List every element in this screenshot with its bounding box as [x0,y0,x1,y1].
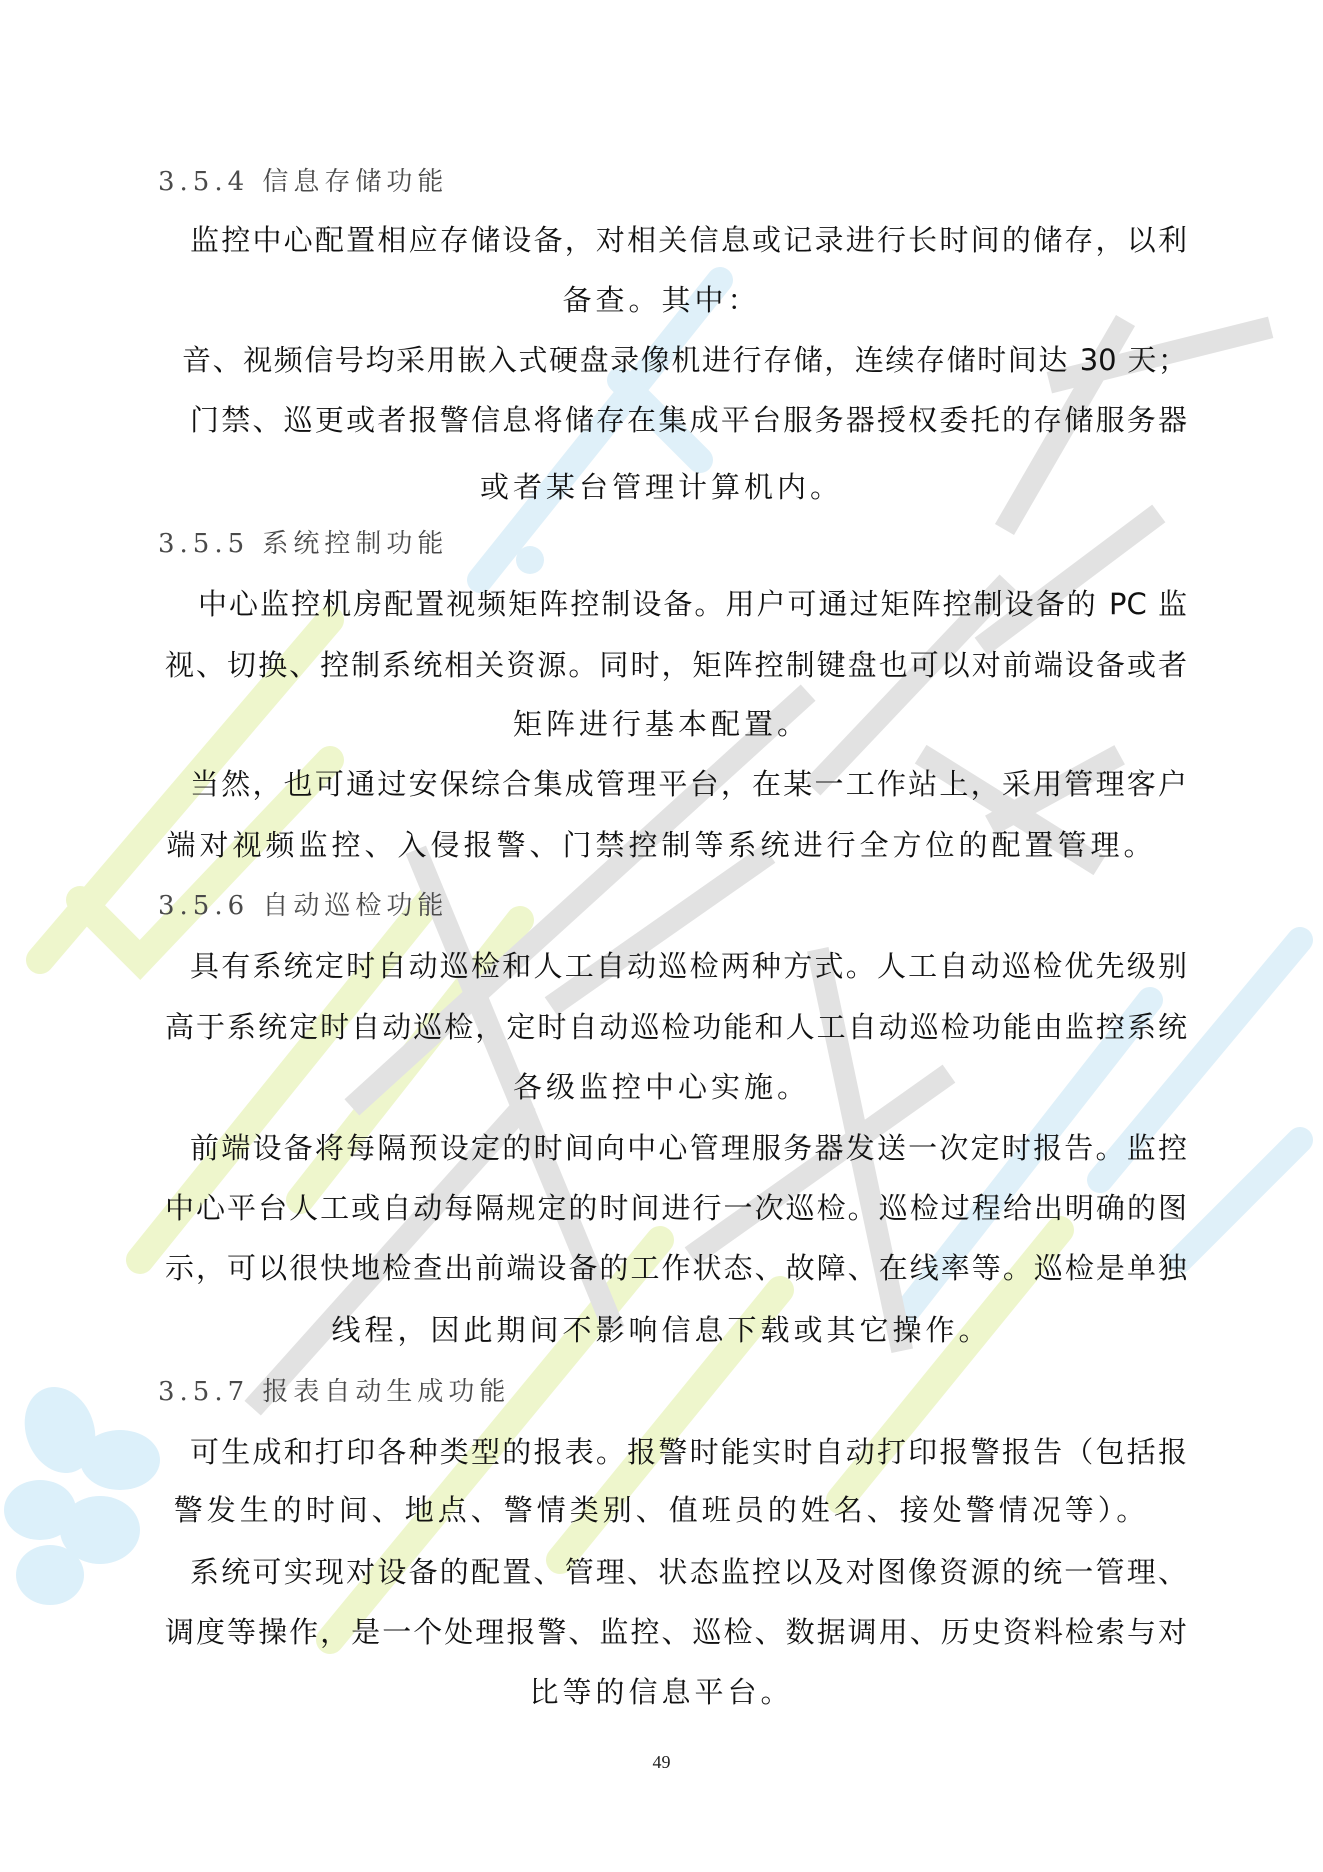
paragraph-line: 可生成和打印各种类型的报表。报警时能实时自动打印报警报告（包括报 [190,1432,1187,1472]
section-heading-3-5-6: 3.5.6 自动巡检功能 [158,886,448,926]
paragraph-line: 比等的信息平台。 [0,1672,1323,1712]
paragraph-line: 高于系统定时自动巡检，定时自动巡检功能和人工自动巡检功能由监控系统 [165,1007,1187,1047]
paragraph-line: 监控中心配置相应存储设备，对相关信息或记录进行长时间的储存，以利 [190,220,1187,260]
section-heading-3-5-4: 3.5.4 信息存储功能 [158,162,448,202]
paragraph-line: 备查。其中： [0,280,1323,320]
paragraph-line: 端对视频监控、入侵报警、门禁控制等系统进行全方位的配置管理。 [0,825,1323,865]
paragraph-line: 或者某台管理计算机内。 [0,467,1323,507]
paragraph-line: 中心监控机房配置视频矩阵控制设备。用户可通过矩阵控制设备的 PC 监 [198,584,1187,624]
paragraph-line: 中心平台人工或自动每隔规定的时间进行一次巡检。巡检过程给出明确的图 [165,1188,1187,1228]
paragraph-line: 调度等操作，是一个处理报警、监控、巡检、数据调用、历史资料检索与对 [165,1612,1187,1652]
paragraph-line: 前端设备将每隔预设定的时间向中心管理服务器发送一次定时报告。监控 [190,1128,1187,1168]
paragraph-line: 视、切换、控制系统相关资源。同时，矩阵控制键盘也可以对前端设备或者 [165,645,1187,685]
paragraph-line: 矩阵进行基本配置。 [0,704,1323,744]
paragraph-line: 音、视频信号均采用嵌入式硬盘录像机进行存储，连续存储时间达 30 天； [182,340,1187,380]
paragraph-line: 当然，也可通过安保综合集成管理平台，在某一工作站上，采用管理客户 [190,764,1187,804]
paragraph-line: 具有系统定时自动巡检和人工自动巡检两种方式。人工自动巡检优先级别 [190,946,1187,986]
paragraph-line: 各级监控中心实施。 [0,1067,1323,1107]
paragraph-line: 门禁、巡更或者报警信息将储存在集成平台服务器授权委托的存储服务器 [190,400,1187,440]
paragraph-line: 系统可实现对设备的配置、管理、状态监控以及对图像资源的统一管理、 [190,1552,1187,1592]
section-heading-3-5-5: 3.5.5 系统控制功能 [158,524,448,564]
page-number: 49 [0,1752,1323,1773]
document-page: 3.5.4 信息存储功能 监控中心配置相应存储设备，对相关信息或记录进行长时间的… [0,0,1323,1872]
paragraph-line: 示，可以很快地检查出前端设备的工作状态、故障、在线率等。巡检是单独 [165,1248,1187,1288]
section-heading-3-5-7: 3.5.7 报表自动生成功能 [158,1372,510,1412]
paragraph-line: 警发生的时间、地点、警情类别、值班员的姓名、接处警情况等）。 [0,1490,1323,1530]
paragraph-line: 线程，因此期间不影响信息下载或其它操作。 [0,1310,1323,1350]
